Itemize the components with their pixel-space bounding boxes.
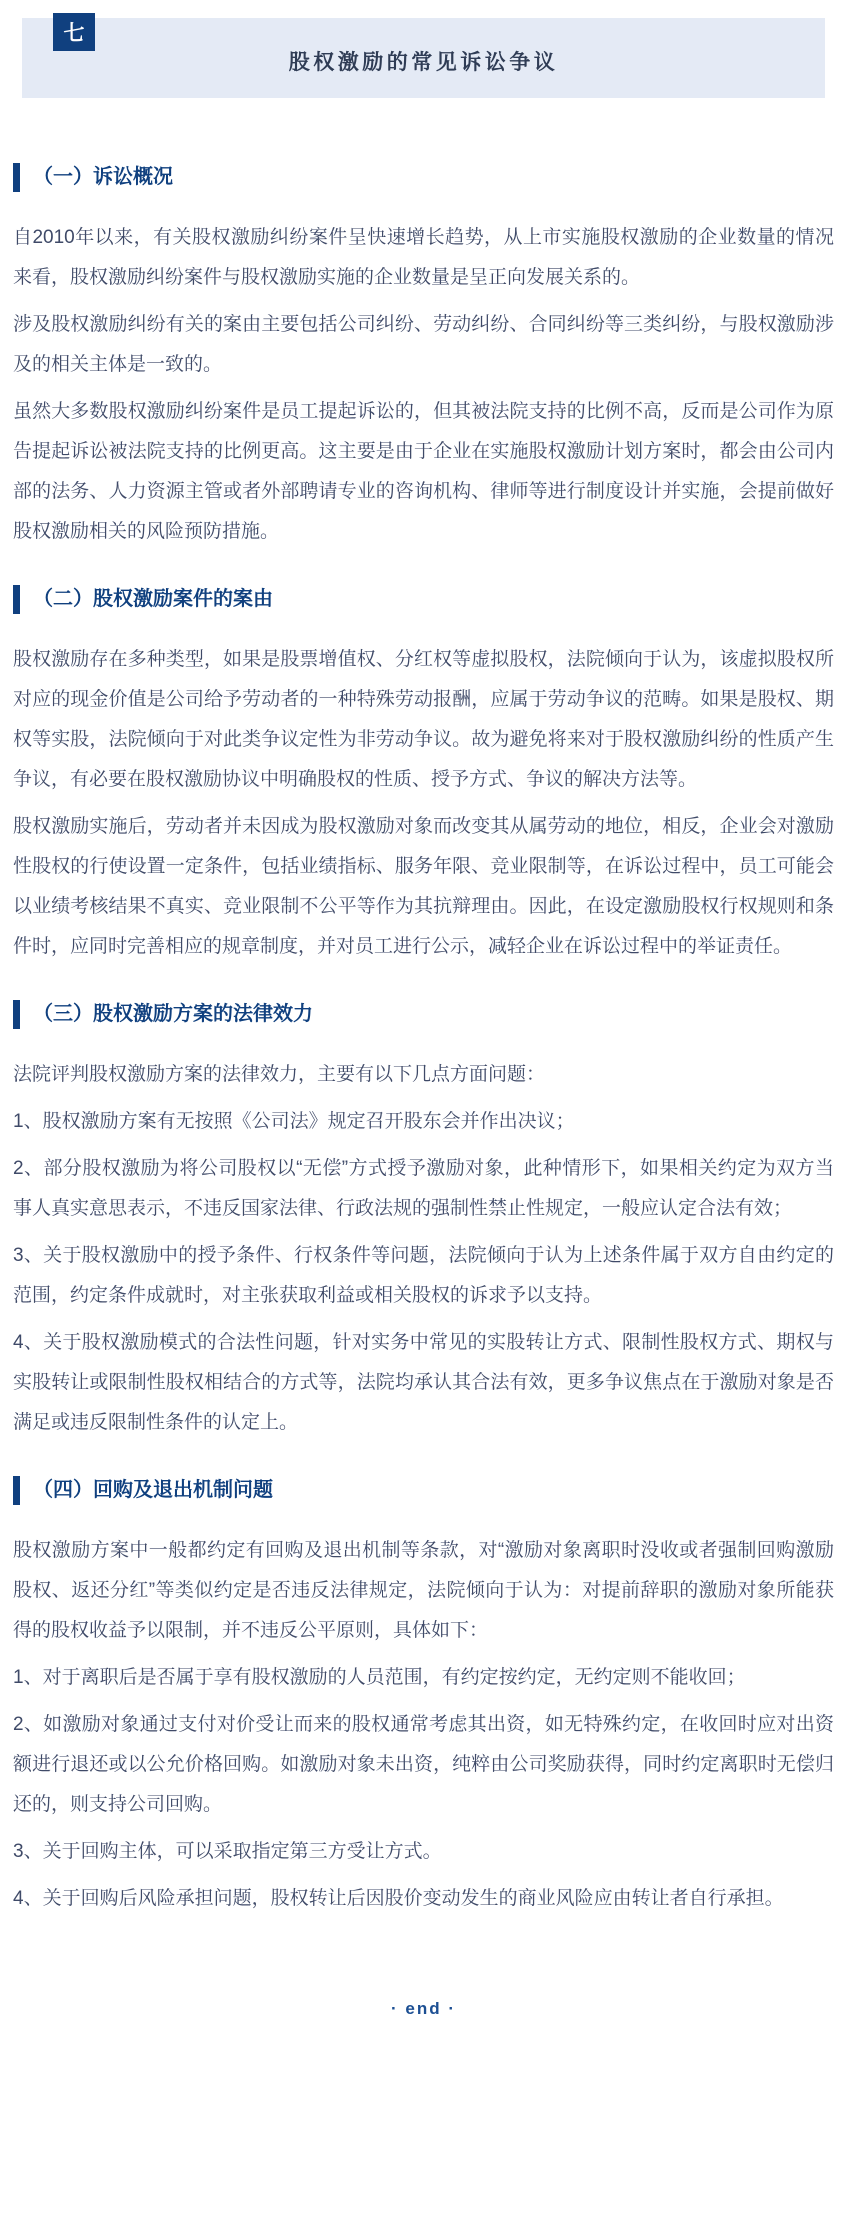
section-case-causes: （二）股权激励案件的案由 股权激励存在多种类型，如果是股票增值权、分红权等虚拟股… — [13, 584, 834, 967]
heading-accent-bar-icon — [13, 1000, 20, 1029]
body-paragraph: 涉及股权激励纠纷有关的案由主要包括公司纠纷、劳动纠纷、合同纠纷等三类纠纷，与股权… — [13, 305, 834, 385]
heading-accent-bar-icon — [13, 163, 20, 192]
body-paragraph: 法院评判股权激励方案的法律效力，主要有以下几点方面问题： — [13, 1055, 834, 1095]
header-band: 七 股权激励的常见诉讼争议 — [22, 18, 825, 98]
body-paragraph: 2、如激励对象通过支付对价受让而来的股权通常考虑其出资，如无特殊约定，在收回时应… — [13, 1705, 834, 1825]
body-paragraph: 2、部分股权激励为将公司股权以“无偿”方式授予激励对象，此种情形下，如果相关约定… — [13, 1149, 834, 1229]
body-paragraph: 4、关于回购后风险承担问题，股权转让后因股价变动发生的商业风险应由转让者自行承担… — [13, 1879, 834, 1919]
article-content: （一）诉讼概况 自2010年以来，有关股权激励纠纷案件呈快速增长趋势，从上市实施… — [0, 162, 847, 1919]
section-heading-text: （二）股权激励案件的案由 — [33, 584, 273, 614]
end-marker: · end · — [0, 1999, 847, 2085]
body-paragraph: 1、股权激励方案有无按照《公司法》规定召开股东会并作出决议； — [13, 1102, 834, 1142]
body-paragraph: 虽然大多数股权激励纠纷案件是员工提起诉讼的，但其被法院支持的比例不高，反而是公司… — [13, 392, 834, 552]
section-heading: （三）股权激励方案的法律效力 — [13, 999, 834, 1029]
body-paragraph: 自2010年以来，有关股权激励纠纷案件呈快速增长趋势，从上市实施股权激励的企业数… — [13, 218, 834, 298]
section-litigation-overview: （一）诉讼概况 自2010年以来，有关股权激励纠纷案件呈快速增长趋势，从上市实施… — [13, 162, 834, 552]
body-paragraph: 股权激励存在多种类型，如果是股票增值权、分红权等虚拟股权，法院倾向于认为，该虚拟… — [13, 640, 834, 800]
body-paragraph: 3、关于回购主体，可以采取指定第三方受让方式。 — [13, 1832, 834, 1872]
body-paragraph: 4、关于股权激励模式的合法性问题，针对实务中常见的实股转让方式、限制性股权方式、… — [13, 1323, 834, 1443]
section-heading: （四）回购及退出机制问题 — [13, 1475, 834, 1505]
section-heading-text: （三）股权激励方案的法律效力 — [33, 999, 313, 1029]
section-heading: （一）诉讼概况 — [13, 162, 834, 192]
section-legal-effect: （三）股权激励方案的法律效力 法院评判股权激励方案的法律效力，主要有以下几点方面… — [13, 999, 834, 1443]
body-paragraph: 股权激励方案中一般都约定有回购及退出机制等条款，对“激励对象离职时没收或者强制回… — [13, 1531, 834, 1651]
section-heading: （二）股权激励案件的案由 — [13, 584, 834, 614]
page-title: 股权激励的常见诉讼争议 — [289, 40, 559, 76]
section-buyback-exit: （四）回购及退出机制问题 股权激励方案中一般都约定有回购及退出机制等条款，对“激… — [13, 1475, 834, 1919]
body-paragraph: 1、对于离职后是否属于享有股权激励的人员范围，有约定按约定，无约定则不能收回； — [13, 1658, 834, 1698]
body-paragraph: 股权激励实施后，劳动者并未因成为股权激励对象而改变其从属劳动的地位，相反，企业会… — [13, 807, 834, 967]
body-paragraph: 3、关于股权激励中的授予条件、行权条件等问题，法院倾向于认为上述条件属于双方自由… — [13, 1236, 834, 1316]
section-number-badge: 七 — [53, 13, 95, 51]
article-page: 七 股权激励的常见诉讼争议 （一）诉讼概况 自2010年以来，有关股权激励纠纷案… — [0, 18, 847, 2085]
heading-accent-bar-icon — [13, 1476, 20, 1505]
section-heading-text: （一）诉讼概况 — [33, 162, 173, 192]
heading-accent-bar-icon — [13, 585, 20, 614]
section-heading-text: （四）回购及退出机制问题 — [33, 1475, 273, 1505]
